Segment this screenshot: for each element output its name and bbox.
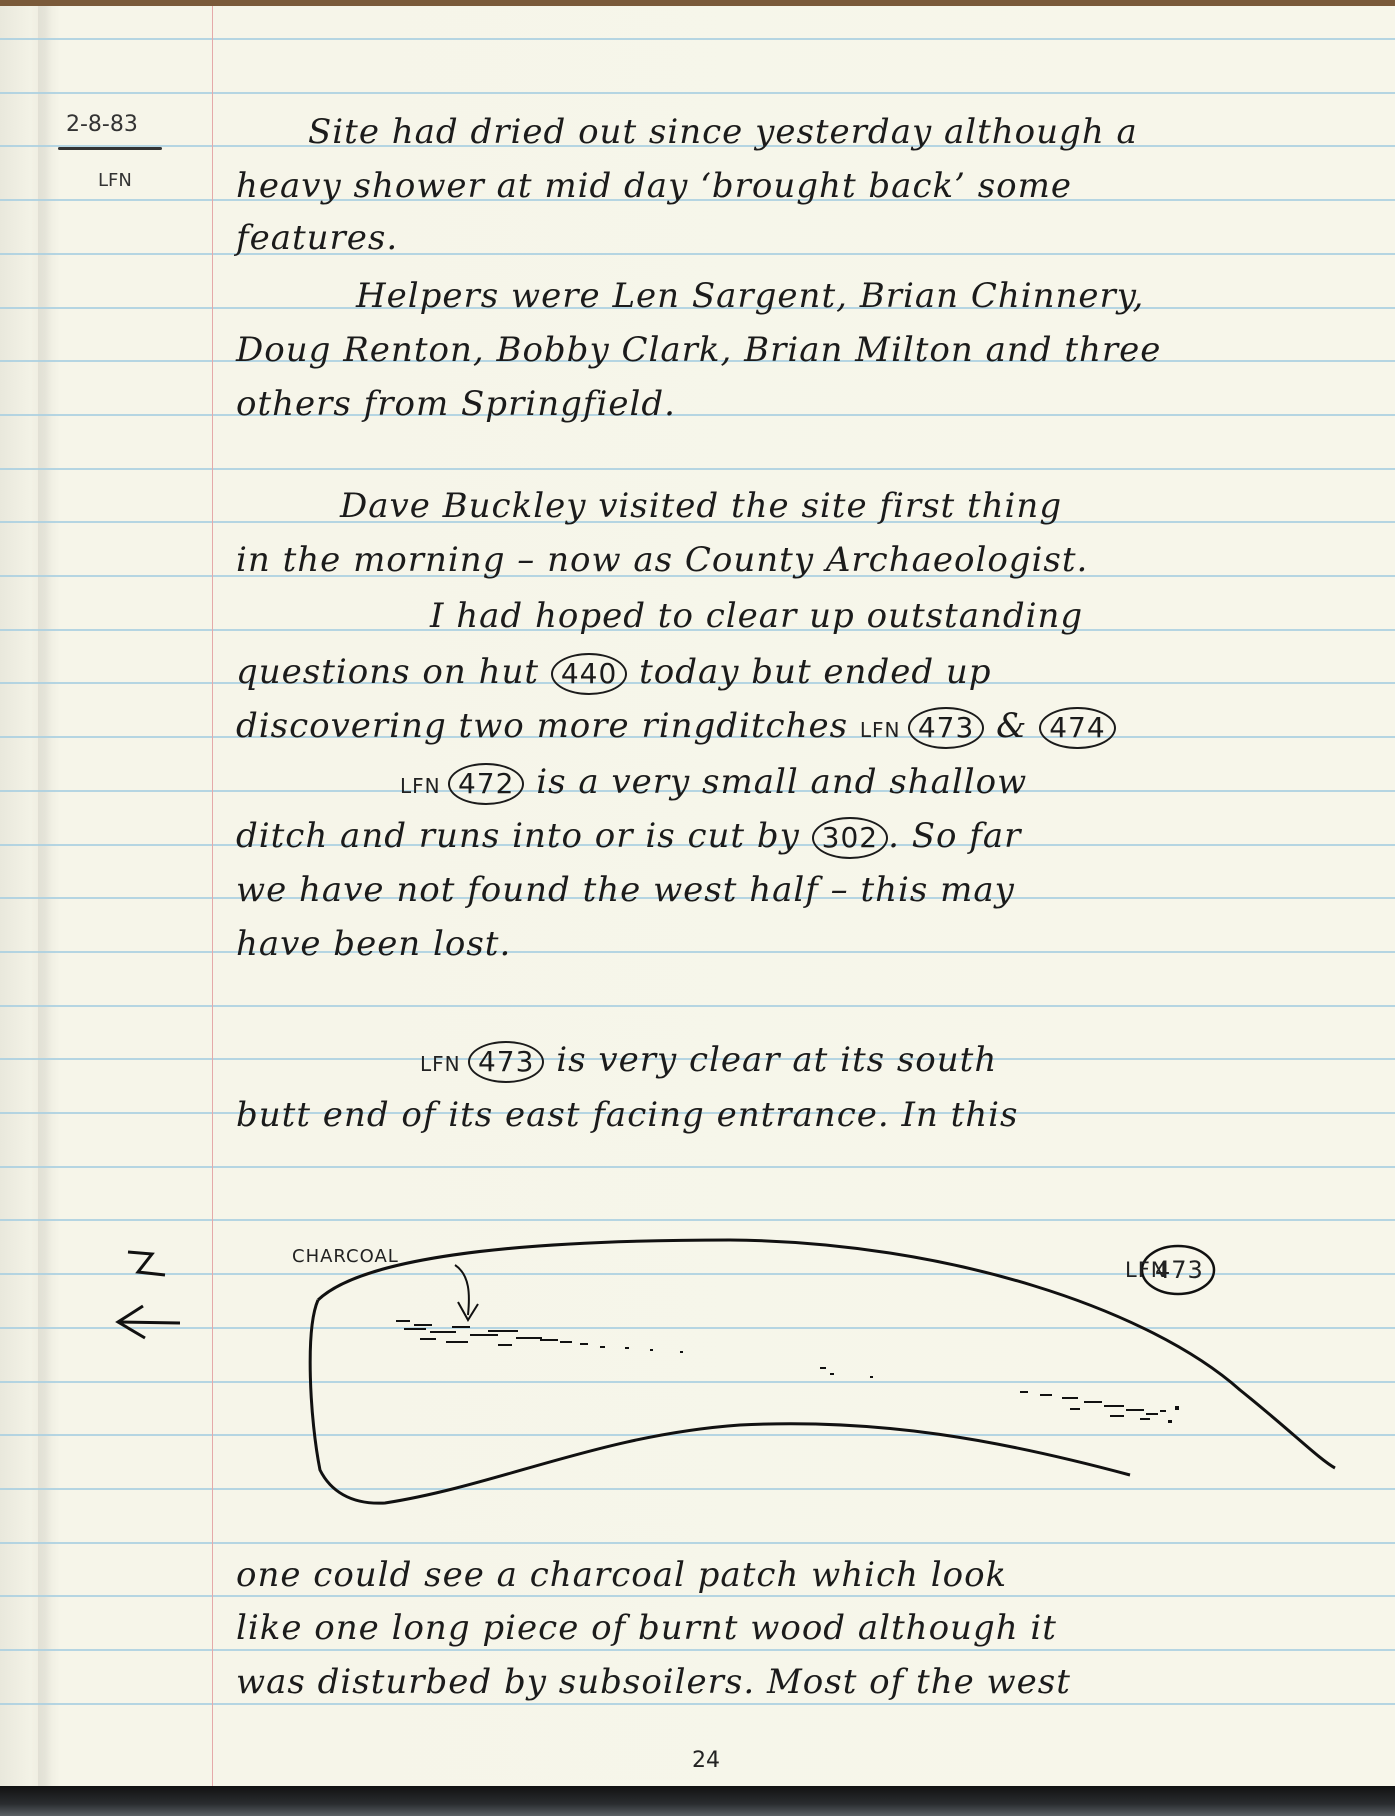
text-fragment: & <box>984 706 1039 746</box>
page-number: 24 <box>692 1748 720 1773</box>
site-code-label: LFN <box>400 774 448 798</box>
sketch-feature-number: 473 <box>1155 1256 1204 1284</box>
text-fragment: have been lost. <box>236 924 511 964</box>
text-fragment: ditch and runs into or is cut by <box>236 816 812 856</box>
ruled-line <box>0 1542 1395 1544</box>
text-line: others from Springfield. <box>236 384 676 424</box>
text-fragment: is a very small and shallow <box>524 762 1027 802</box>
text-line: I had hoped to clear up outstanding <box>430 596 1083 636</box>
text-fragment: questions on hut <box>236 652 551 692</box>
ruled-line <box>0 1703 1395 1705</box>
north-arrow <box>118 1252 180 1338</box>
ruled-line <box>0 414 1395 416</box>
circled-feature-number: 440 <box>551 653 627 695</box>
text-line: discovering two more ringditches LFN 473… <box>236 706 1116 749</box>
text-fragment: Dave Buckley visited the site first thin… <box>340 486 1062 526</box>
text-line: Doug Renton, Bobby Clark, Brian Milton a… <box>236 330 1161 370</box>
text-line: heavy shower at mid day ‘brought back’ s… <box>236 166 1072 206</box>
text-fragment: Helpers were Len Sargent, Brian Chinnery… <box>356 276 1144 316</box>
margin-site-code: LFN <box>98 170 132 191</box>
entry-date: 2-8-83 <box>66 112 138 137</box>
text-line: one could see a charcoal patch which loo… <box>236 1555 1007 1595</box>
text-fragment: is very clear at its south <box>544 1040 997 1080</box>
circled-feature-number: 473 <box>468 1041 544 1083</box>
circled-feature-number: 473 <box>908 707 984 749</box>
charcoal-flecks <box>396 1320 1179 1423</box>
text-fragment: Site had dried out since yesterday altho… <box>308 112 1138 152</box>
text-fragment: others from Springfield. <box>236 384 676 424</box>
text-line: questions on hut 440 today but ended up <box>236 652 992 695</box>
text-fragment: butt end of its east facing entrance. In… <box>236 1095 1019 1135</box>
text-fragment: in the morning – now as County Archaeolo… <box>236 540 1088 580</box>
text-fragment: like one long piece of burnt wood althou… <box>236 1608 1057 1648</box>
text-line: in the morning – now as County Archaeolo… <box>236 540 1088 580</box>
site-code-label: LFN <box>420 1052 468 1076</box>
notebook-bottom-edge <box>0 1786 1395 1816</box>
circled-feature-number: 472 <box>448 763 524 805</box>
text-line: have been lost. <box>236 924 511 964</box>
text-line: LFN 472 is a very small and shallow <box>400 762 1027 805</box>
ruled-line <box>0 92 1395 94</box>
text-line: butt end of its east facing entrance. In… <box>236 1095 1019 1135</box>
date-underline <box>58 147 162 150</box>
circled-feature-number: 302 <box>812 817 888 859</box>
text-line: was disturbed by subsoilers. Most of the… <box>236 1662 1071 1702</box>
text-line: like one long piece of burnt wood althou… <box>236 1608 1057 1648</box>
ruled-line <box>0 1005 1395 1007</box>
text-fragment: I had hoped to clear up outstanding <box>430 596 1083 636</box>
circled-feature-number: 474 <box>1039 707 1115 749</box>
text-fragment: today but ended up <box>627 652 991 692</box>
text-fragment: . So far <box>888 816 1021 856</box>
ruled-line <box>0 1166 1395 1168</box>
ruled-line <box>0 1649 1395 1651</box>
ruled-line <box>0 253 1395 255</box>
text-line: LFN 473 is very clear at its south <box>420 1040 997 1083</box>
text-line: Helpers were Len Sargent, Brian Chinnery… <box>356 276 1144 316</box>
text-fragment: discovering two more ringditches <box>236 706 860 746</box>
text-line: features. <box>236 218 398 258</box>
text-fragment: one could see a charcoal patch which loo… <box>236 1555 1007 1595</box>
text-fragment: Doug Renton, Bobby Clark, Brian Milton a… <box>236 330 1161 370</box>
ringditch-sketch: CHARCOAL LFN 473 <box>0 1220 1395 1540</box>
text-line: Dave Buckley visited the site first thin… <box>340 486 1062 526</box>
site-code-label: LFN <box>860 718 908 742</box>
text-fragment: we have not found the west half – this m… <box>236 870 1015 910</box>
text-line: we have not found the west half – this m… <box>236 870 1015 910</box>
charcoal-label: CHARCOAL <box>292 1246 399 1267</box>
ruled-line <box>0 951 1395 953</box>
text-line: ditch and runs into or is cut by 302. So… <box>236 816 1021 859</box>
ruled-line <box>0 468 1395 470</box>
ruled-line <box>0 38 1395 40</box>
text-fragment: heavy shower at mid day ‘brought back’ s… <box>236 166 1072 206</box>
text-fragment: was disturbed by subsoilers. Most of the… <box>236 1662 1071 1702</box>
ruled-line <box>0 1595 1395 1597</box>
text-line: Site had dried out since yesterday altho… <box>308 112 1138 152</box>
text-fragment: features. <box>236 218 398 258</box>
